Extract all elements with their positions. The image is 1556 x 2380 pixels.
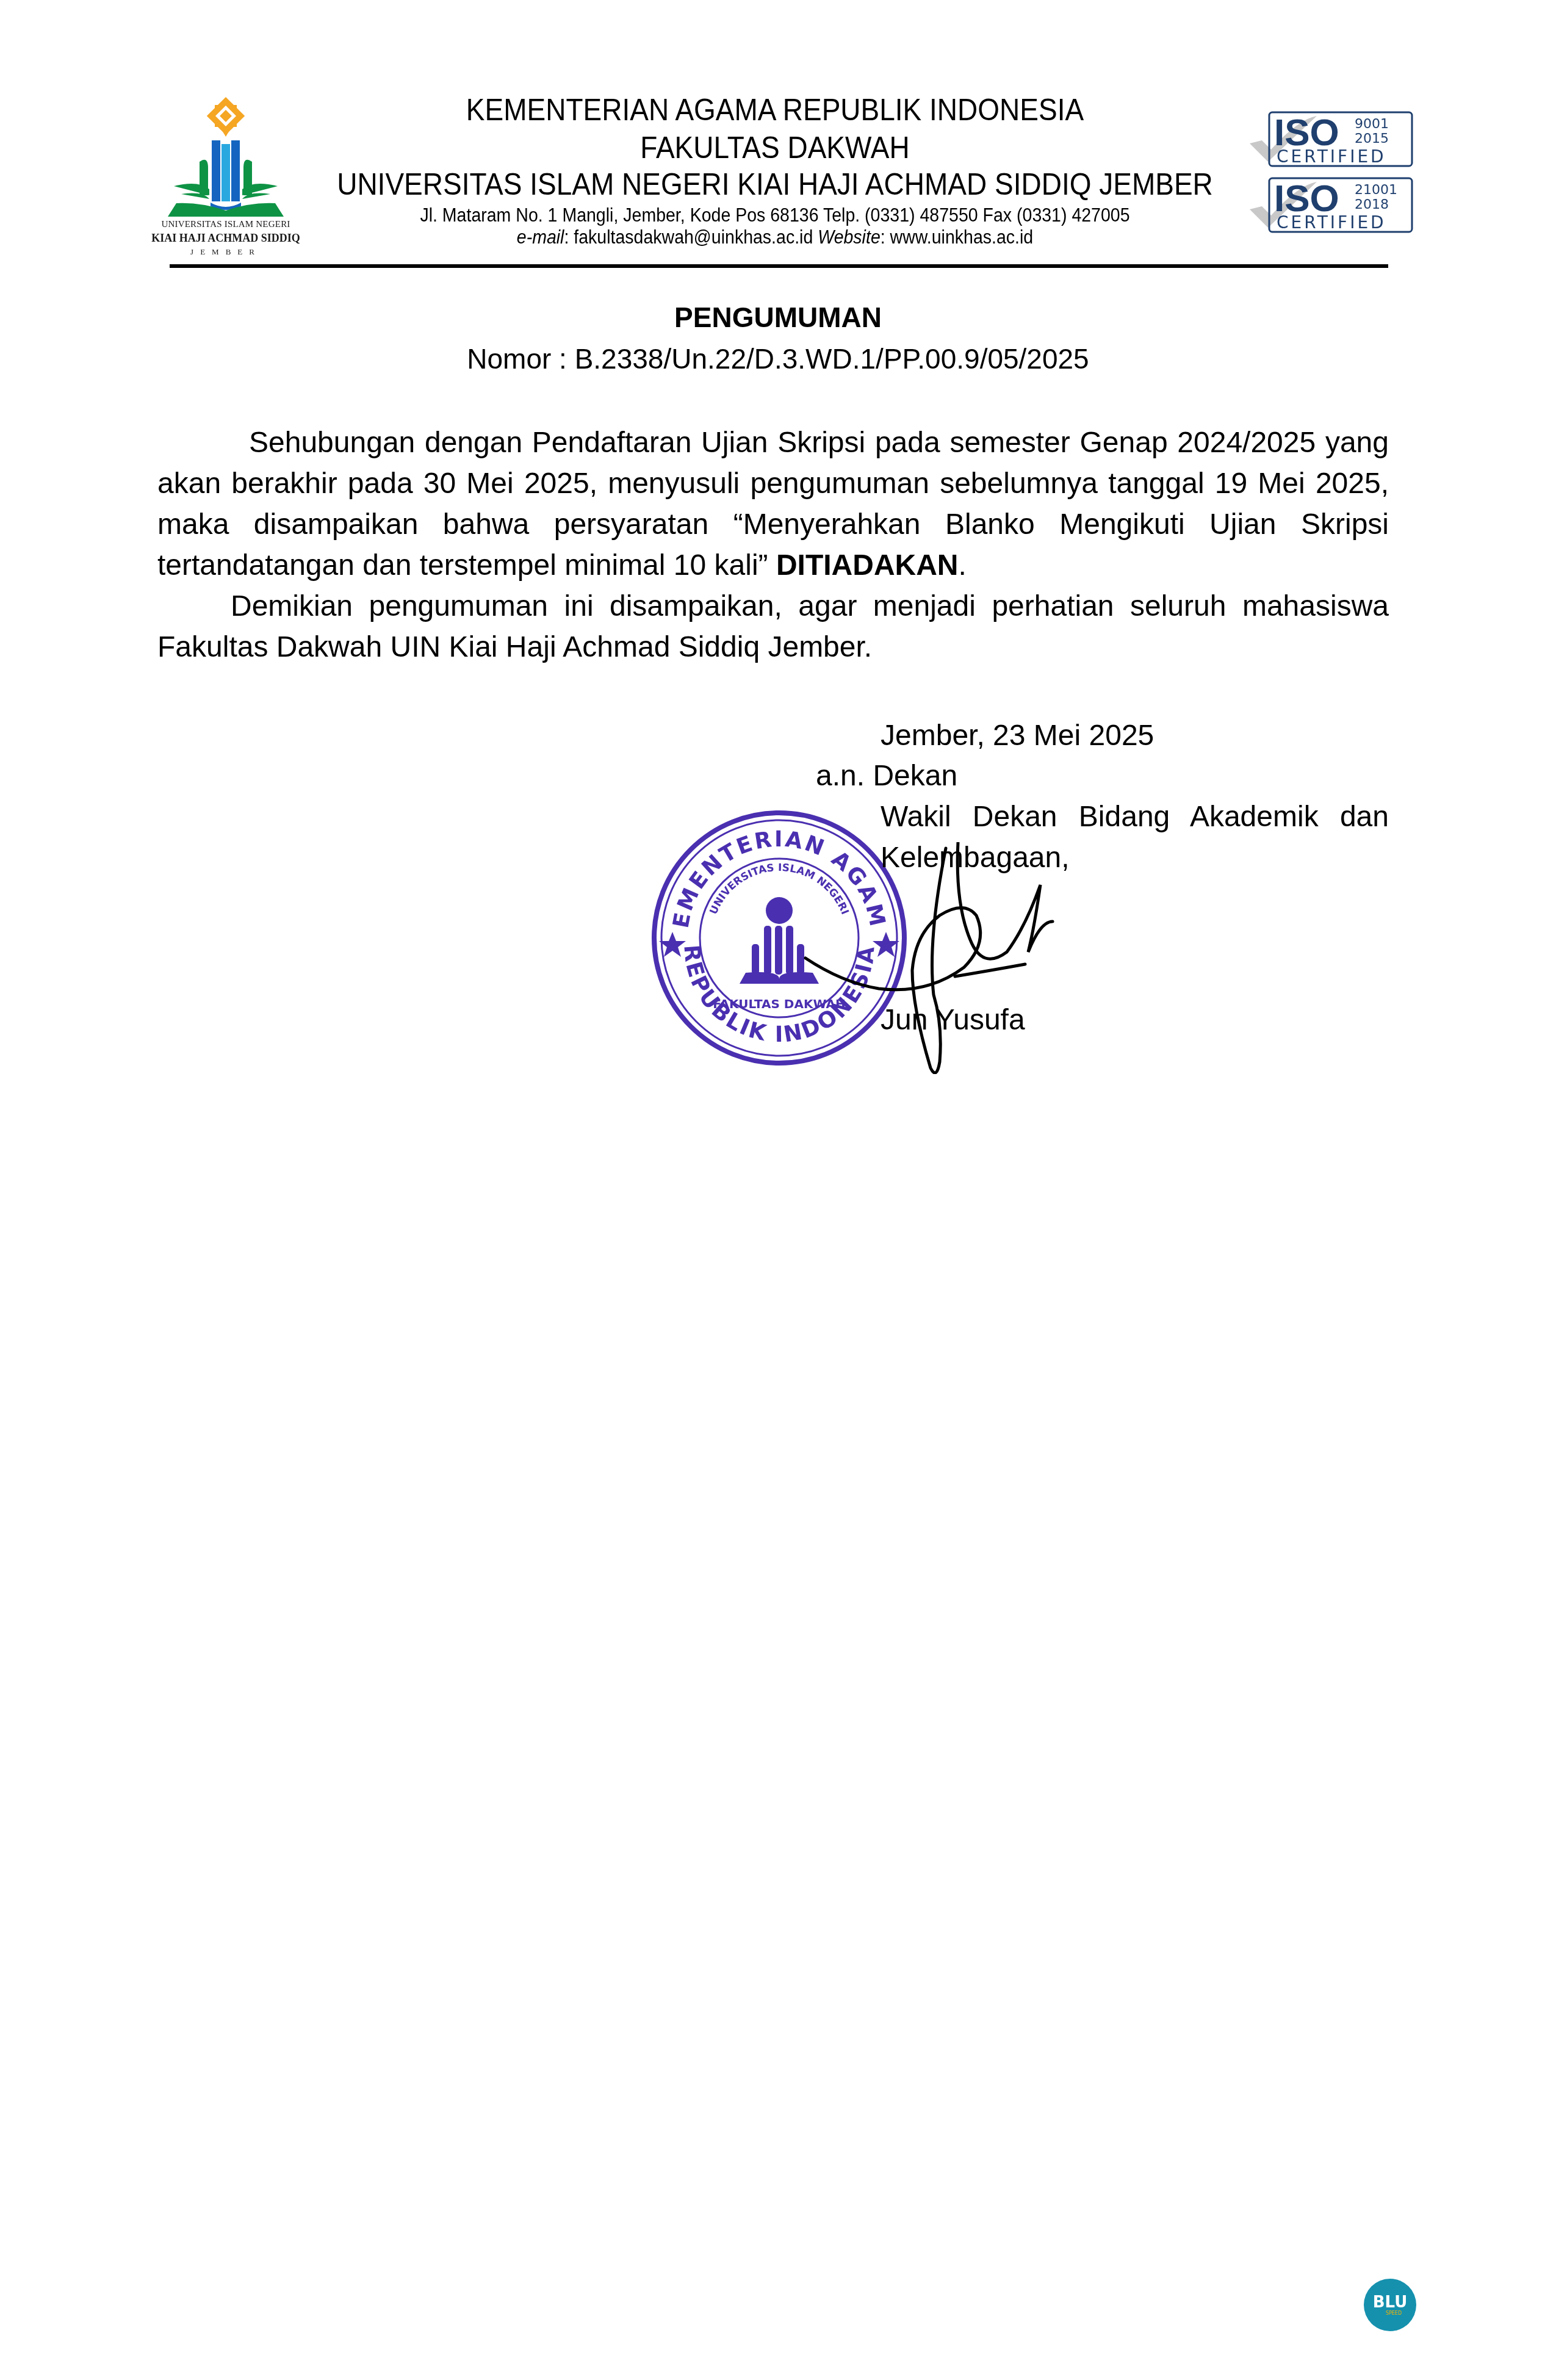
svg-text:CERTIFIED: CERTIFIED — [1277, 146, 1386, 167]
number-label: Nomor : — [467, 343, 567, 375]
svg-text:9001: 9001 — [1355, 117, 1389, 132]
uin-khas-logo-icon — [149, 92, 302, 220]
logo-text-line2: KIAI HAJI ACHMAD SIDDIQ — [149, 232, 302, 245]
paragraph-1: Sehubungan dengan Pendaftaran Ujian Skri… — [157, 422, 1389, 586]
svg-text:2018: 2018 — [1355, 197, 1389, 212]
on-behalf-of: a.n. Dekan — [816, 755, 957, 796]
letterhead-divider — [170, 264, 1388, 268]
iso-21001-badge: ISO 21001 2018 CERTIFIED — [1250, 176, 1414, 240]
number-value: B.2338/Un.22/D.3.WD.1/PP.00.9/05/2025 — [575, 343, 1089, 375]
iso-9001-badge: ISO 9001 2015 CERTIFIED — [1250, 110, 1414, 174]
logo-text-line3: JEMBER — [149, 247, 302, 257]
blu-badge: BLU SPEED — [1363, 2278, 1417, 2335]
announcement-body: Sehubungan dengan Pendaftaran Ujian Skri… — [157, 422, 1389, 668]
website-label: Website — [818, 226, 881, 248]
svg-text:SPEED: SPEED — [1386, 2310, 1402, 2316]
email-label: e-mail — [517, 226, 564, 248]
email-link[interactable]: fakultasdakwah@uinkhas.ac.id — [574, 226, 813, 248]
paragraph-1-end: . — [959, 549, 967, 582]
logo-text-line1: UNIVERSITAS ISLAM NEGERI — [149, 220, 302, 230]
ministry-name: KEMENTERIAN AGAMA REPUBLIK INDONESIA — [326, 92, 1224, 128]
university-logo: UNIVERSITAS ISLAM NEGERI KIAI HAJI ACHMA… — [149, 92, 302, 262]
svg-text:2015: 2015 — [1355, 131, 1389, 146]
announcement-number: Nomor : B.2338/Un.22/D.3.WD.1/PP.00.9/05… — [0, 342, 1556, 376]
handwritten-signature — [799, 842, 1117, 1077]
announcement-title: PENGUMUMAN — [0, 300, 1556, 334]
svg-text:BLU: BLU — [1373, 2293, 1408, 2312]
website-link[interactable]: www.uinkhas.ac.id — [890, 226, 1034, 248]
svg-text:21001: 21001 — [1355, 182, 1397, 198]
university-name: UNIVERSITAS ISLAM NEGERI KIAI HAJI ACHMA… — [326, 166, 1224, 203]
signature-icon — [799, 842, 1117, 1074]
contact-line: e-mail: fakultasdakwah@uinkhas.ac.id Web… — [326, 226, 1224, 249]
address: Jl. Mataram No. 1 Mangli, Jember, Kode P… — [326, 204, 1224, 227]
iso-certified-icon: ISO 21001 2018 CERTIFIED — [1250, 176, 1414, 237]
emphasis-ditiadakan: DITIADAKAN — [776, 549, 959, 582]
place-date: Jember, 23 Mei 2025 — [881, 715, 1154, 756]
paragraph-1-text: Sehubungan dengan Pendaftaran Ujian Skri… — [157, 427, 1389, 582]
svg-text:CERTIFIED: CERTIFIED — [1277, 212, 1386, 233]
paragraph-2: Demikian pengumuman ini disampaikan, aga… — [157, 586, 1389, 668]
blu-speed-logo-icon: BLU SPEED — [1363, 2278, 1417, 2332]
iso-certified-icon: ISO 9001 2015 CERTIFIED — [1250, 110, 1414, 171]
faculty-name: FAKULTAS DAKWAH — [326, 129, 1224, 166]
